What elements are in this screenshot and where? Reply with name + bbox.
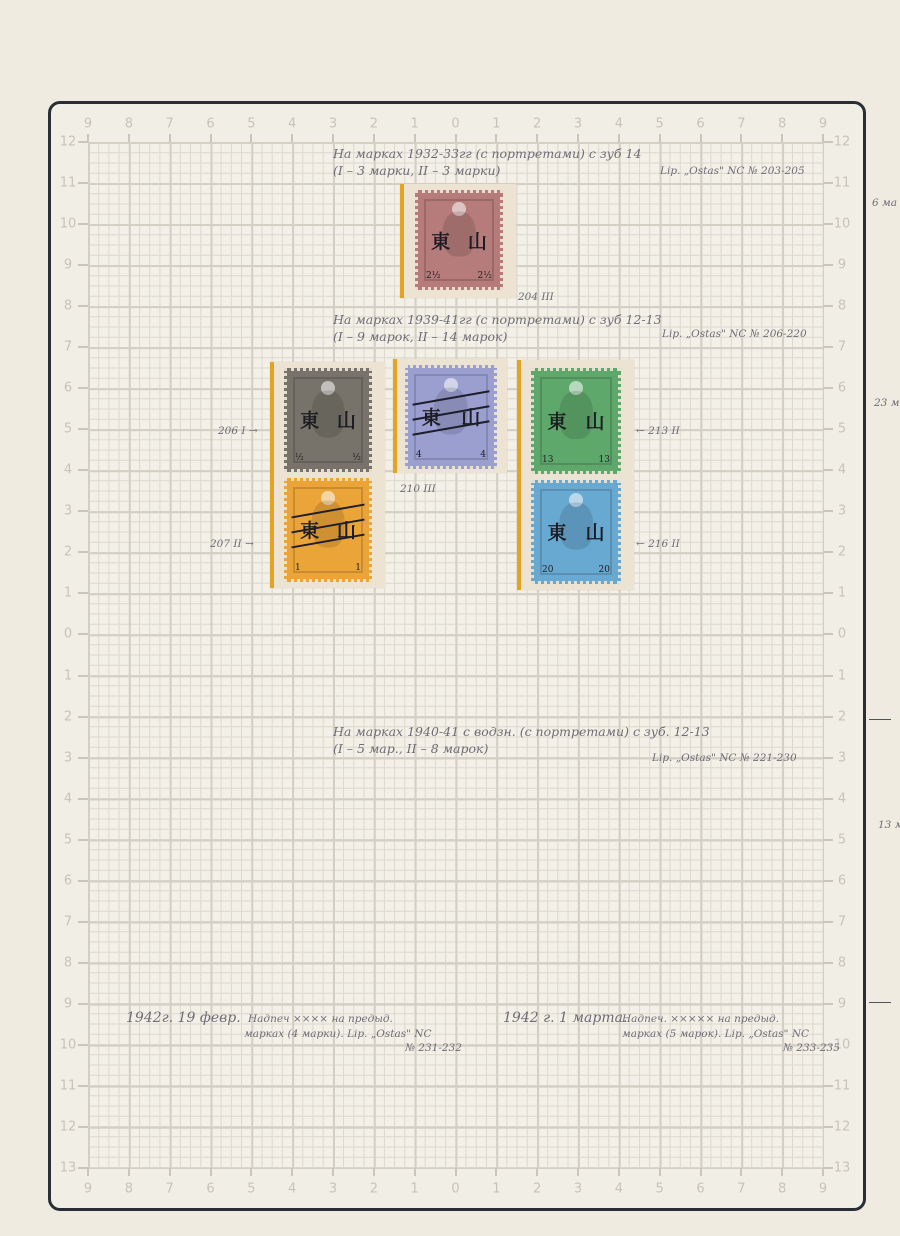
y-axis-label-right: 7 (838, 914, 846, 929)
y-axis-label-right: 6 (838, 873, 846, 888)
tick (78, 223, 88, 225)
tick (128, 134, 130, 142)
x-axis-label-top: 1 (411, 117, 419, 132)
y-axis-label-right: 4 (838, 463, 846, 478)
tick (700, 134, 702, 142)
y-axis-label-right: 5 (838, 832, 846, 847)
stamp-210-III[interactable]: 東山44 (405, 365, 497, 469)
tick (822, 1168, 824, 1176)
note-section1-ref: Lip. „Ostas" NC № 203-205 (660, 164, 805, 179)
tick (78, 346, 88, 348)
tick (536, 1168, 538, 1176)
y-axis-label-left: 7 (64, 914, 72, 929)
tick (823, 1126, 833, 1128)
tick (823, 1085, 833, 1087)
tick (78, 798, 88, 800)
tick (823, 716, 833, 718)
tick (169, 134, 171, 142)
y-axis-label-left: 3 (64, 504, 72, 519)
stamp-mount: 東山1313 東山2020 (517, 360, 634, 590)
y-axis-label-left: 1 (64, 586, 72, 601)
overprint-right: 山 (586, 518, 605, 545)
tick (823, 469, 833, 471)
denomination-left: 1 (295, 563, 301, 573)
y-axis-label-left: 12 (60, 1119, 77, 1134)
y-axis-label-right: 6 (838, 381, 846, 396)
margin-note-2: 23 м (874, 396, 899, 411)
y-axis-label-left: 10 (60, 1037, 77, 1052)
denomination-right: 20 (599, 565, 610, 575)
denomination-right: 2½ (478, 271, 492, 281)
y-axis-label-left: 3 (64, 750, 72, 765)
y-axis-label-right: 0 (838, 627, 846, 642)
tick (169, 1168, 171, 1176)
tick (823, 962, 833, 964)
y-axis-label-right: 1 (838, 586, 846, 601)
tick (78, 921, 88, 923)
y-axis-label-right: 8 (838, 299, 846, 314)
stamp-207-II[interactable]: 東山11 (284, 478, 372, 582)
tick (823, 346, 833, 348)
tick (823, 921, 833, 923)
denomination-right: ½ (352, 453, 361, 463)
x-axis-label-top: 9 (819, 117, 827, 132)
x-axis-label-bottom: 2 (533, 1182, 541, 1197)
tick (373, 134, 375, 142)
y-axis-label-left: 7 (64, 340, 72, 355)
y-axis-label-right: 12 (834, 135, 851, 150)
tick (577, 1168, 579, 1176)
tick (87, 1168, 89, 1176)
tick (823, 675, 833, 677)
x-axis-label-bottom: 6 (696, 1182, 704, 1197)
denomination-right: 13 (599, 455, 610, 465)
denomination-left: 13 (542, 455, 553, 465)
x-axis-label-bottom: 8 (125, 1182, 133, 1197)
y-axis-label-left: 9 (64, 996, 72, 1011)
tick (414, 1168, 416, 1176)
tick (823, 798, 833, 800)
tick (210, 1168, 212, 1176)
x-axis-label-top: 9 (84, 117, 92, 132)
tick (78, 716, 88, 718)
tick (78, 469, 88, 471)
denomination-left: 2½ (426, 271, 440, 281)
tick (210, 134, 212, 142)
y-axis-label-right: 3 (838, 504, 846, 519)
x-axis-label-bottom: 9 (819, 1182, 827, 1197)
x-axis-label-top: 5 (247, 117, 255, 132)
y-axis-label-left: 6 (64, 873, 72, 888)
y-axis-label-left: 11 (60, 1078, 77, 1093)
tick (78, 387, 88, 389)
y-axis-label-right: 1 (838, 668, 846, 683)
tick (78, 757, 88, 759)
tick (495, 1168, 497, 1176)
note-section4-date: 1942г. 19 февр. (126, 1011, 241, 1026)
tick (823, 551, 833, 553)
tick (291, 134, 293, 142)
note-section4-line1: Надпеч ×××× на предыд. (248, 1012, 393, 1027)
tick (823, 510, 833, 512)
tick (781, 134, 783, 142)
x-axis-label-top: 7 (166, 117, 174, 132)
y-axis-label-left: 4 (64, 791, 72, 806)
x-axis-label-bottom: 0 (451, 1182, 459, 1197)
tick (740, 1168, 742, 1176)
tick (823, 264, 833, 266)
tick (659, 134, 661, 142)
x-axis-label-top: 4 (288, 117, 296, 132)
x-axis-label-bottom: 9 (84, 1182, 92, 1197)
tick (78, 1085, 88, 1087)
y-axis-label-right: 12 (834, 1119, 851, 1134)
y-axis-label-right: 9 (838, 258, 846, 273)
tick (373, 1168, 375, 1176)
x-axis-label-bottom: 4 (288, 1182, 296, 1197)
y-axis-label-left: 6 (64, 381, 72, 396)
x-axis-label-bottom: 8 (778, 1182, 786, 1197)
y-axis-label-right: 8 (838, 955, 846, 970)
y-axis-label-right: 9 (838, 996, 846, 1011)
y-axis-label-right: 10 (834, 217, 851, 232)
y-axis-label-right: 4 (838, 791, 846, 806)
x-axis-label-top: 6 (696, 117, 704, 132)
overprint-right: 山 (586, 407, 605, 434)
tick (823, 223, 833, 225)
tick (618, 1168, 620, 1176)
x-axis-label-top: 4 (615, 117, 623, 132)
y-axis-label-left: 8 (64, 955, 72, 970)
y-axis-label-left: 10 (60, 217, 77, 232)
y-axis-label-right: 3 (838, 750, 846, 765)
y-axis-label-left: 9 (64, 258, 72, 273)
tick (781, 1168, 783, 1176)
tick (455, 134, 457, 142)
stamp-label-216-II: ← 216 II (636, 537, 680, 552)
y-axis-label-left: 0 (64, 627, 72, 642)
margin-note-3: 13 м (878, 818, 900, 833)
stamp-label-207-II: 207 II → (210, 537, 254, 552)
note-section1-line1: На марках 1932-33гг (с портретами) с зуб… (333, 146, 641, 161)
tick (823, 633, 833, 635)
tick (659, 1168, 661, 1176)
tick (78, 675, 88, 677)
y-axis-label-left: 5 (64, 832, 72, 847)
x-axis-label-top: 3 (574, 117, 582, 132)
y-axis-label-left: 13 (60, 1161, 77, 1176)
tick (78, 962, 88, 964)
tick (414, 134, 416, 142)
tick (536, 134, 538, 142)
tick (78, 305, 88, 307)
x-axis-label-top: 2 (370, 117, 378, 132)
tick (78, 633, 88, 635)
tick (823, 305, 833, 307)
tick (78, 551, 88, 553)
x-axis-label-bottom: 7 (737, 1182, 745, 1197)
tick (823, 182, 833, 184)
stamp-216-II[interactable]: 東山2020 (531, 480, 621, 584)
stamp-mount: 東山½½ 東山11 (270, 362, 385, 588)
tick (700, 1168, 702, 1176)
tick (495, 134, 497, 142)
stamp-label-206-I: 206 I → (218, 424, 258, 439)
x-axis-label-bottom: 5 (656, 1182, 664, 1197)
x-axis-label-bottom: 5 (247, 1182, 255, 1197)
stamp-label-204-III: 204 III (518, 290, 554, 305)
x-axis-label-top: 2 (533, 117, 541, 132)
overprint-left: 東 (547, 518, 566, 545)
tick (823, 1167, 833, 1169)
tick (577, 134, 579, 142)
note-section2-ref: Lip. „Ostas" NC № 206-220 (662, 327, 807, 342)
tick (78, 1044, 88, 1046)
stamp-206-I[interactable]: 東山½½ (284, 368, 372, 472)
y-axis-label-right: 11 (834, 176, 851, 191)
tick (78, 1003, 88, 1005)
overprint-left: 東 (431, 227, 450, 254)
note-section3-line1: На марках 1940-41 с водзн. (с портретами… (333, 724, 710, 739)
y-axis-label-right: 11 (834, 1078, 851, 1093)
tick (78, 880, 88, 882)
tick (823, 880, 833, 882)
tick (332, 134, 334, 142)
tick (78, 592, 88, 594)
tick (78, 141, 88, 143)
tick (78, 428, 88, 430)
tick (291, 1168, 293, 1176)
tick (618, 134, 620, 142)
note-section5-line1: Надпеч. ××××× на предыд. (622, 1012, 779, 1027)
tick (823, 592, 833, 594)
tick (455, 1168, 457, 1176)
x-axis-label-top: 3 (329, 117, 337, 132)
x-axis-label-top: 6 (206, 117, 214, 132)
x-axis-label-bottom: 4 (615, 1182, 623, 1197)
x-axis-label-bottom: 3 (329, 1182, 337, 1197)
tick (78, 182, 88, 184)
tick (78, 839, 88, 841)
margin-note-1: 6 ма (872, 196, 897, 211)
x-axis-label-top: 8 (778, 117, 786, 132)
note-section5-ref: № 233-235 (783, 1041, 840, 1056)
stamp-mount: 東山44 (393, 359, 507, 473)
tick (823, 141, 833, 143)
note-section4-ref: № 231-232 (405, 1041, 462, 1056)
y-axis-label-left: 4 (64, 463, 72, 478)
y-axis-label-left: 12 (60, 135, 77, 150)
stamp-213-II[interactable]: 東山1313 (531, 368, 621, 474)
overprint-right: 山 (468, 227, 487, 254)
note-section5-date: 1942 г. 1 марта. (503, 1011, 627, 1026)
x-axis-label-top: 5 (656, 117, 664, 132)
y-axis-label-left: 5 (64, 422, 72, 437)
y-axis-label-right: 2 (838, 709, 846, 724)
denomination-left: 20 (542, 565, 553, 575)
tick (823, 757, 833, 759)
y-axis-label-right: 2 (838, 545, 846, 560)
tick (823, 839, 833, 841)
y-axis-label-left: 1 (64, 668, 72, 683)
stamp-mount: 東山2½2½ (400, 184, 516, 298)
x-axis-label-bottom: 7 (166, 1182, 174, 1197)
tick (250, 1168, 252, 1176)
x-axis-label-bottom: 6 (206, 1182, 214, 1197)
x-axis-label-bottom: 1 (492, 1182, 500, 1197)
denomination-right: 1 (355, 563, 361, 573)
y-axis-label-right: 5 (838, 422, 846, 437)
y-axis-label-right: 13 (834, 1161, 851, 1176)
note-section3-line2: (I – 5 мар., II – 8 марок) (333, 741, 488, 756)
tick (740, 134, 742, 142)
tick (78, 1126, 88, 1128)
margin-mark (869, 1002, 891, 1003)
denomination-left: ½ (295, 453, 304, 463)
y-axis-label-left: 2 (64, 709, 72, 724)
note-section4-line2: марках (4 марки). Lip. „Ostas" NC (244, 1027, 432, 1042)
margin-mark (869, 719, 891, 720)
denomination-left: 4 (416, 450, 422, 460)
tick (823, 387, 833, 389)
x-axis-label-bottom: 1 (411, 1182, 419, 1197)
note-section3-ref: Lip. „Ostas" NC № 221-230 (652, 751, 797, 766)
y-axis-label-right: 7 (838, 340, 846, 355)
y-axis-label-left: 11 (60, 176, 77, 191)
overprint-right: 山 (337, 406, 356, 433)
y-axis-label-left: 8 (64, 299, 72, 314)
denomination-right: 4 (480, 450, 486, 460)
x-axis-label-top: 0 (451, 117, 459, 132)
x-axis-label-bottom: 3 (574, 1182, 582, 1197)
tick (823, 1003, 833, 1005)
overprint-left: 東 (547, 407, 566, 434)
x-axis-label-top: 1 (492, 117, 500, 132)
tick (250, 134, 252, 142)
tick (78, 510, 88, 512)
note-section1-line2: (I – 3 марки, II – 3 марки) (333, 163, 500, 178)
tick (128, 1168, 130, 1176)
note-section2-line1: На марках 1939-41гг (с портретами) с зуб… (333, 312, 662, 327)
stamp-label-213-II: ← 213 II (636, 424, 680, 439)
note-section5-line2: марках (5 марок). Lip. „Ostas" NC (622, 1027, 809, 1042)
tick (823, 428, 833, 430)
x-axis-label-top: 7 (737, 117, 745, 132)
tick (332, 1168, 334, 1176)
tick (78, 1167, 88, 1169)
x-axis-label-bottom: 2 (370, 1182, 378, 1197)
y-axis-label-left: 2 (64, 545, 72, 560)
stamp-204-III[interactable]: 東山2½2½ (415, 190, 503, 290)
tick (78, 264, 88, 266)
x-axis-label-top: 8 (125, 117, 133, 132)
stamp-label-210-III: 210 III (400, 482, 436, 497)
overprint-left: 東 (300, 406, 319, 433)
note-section2-line2: (I – 9 марок, II – 14 марок) (333, 329, 507, 344)
